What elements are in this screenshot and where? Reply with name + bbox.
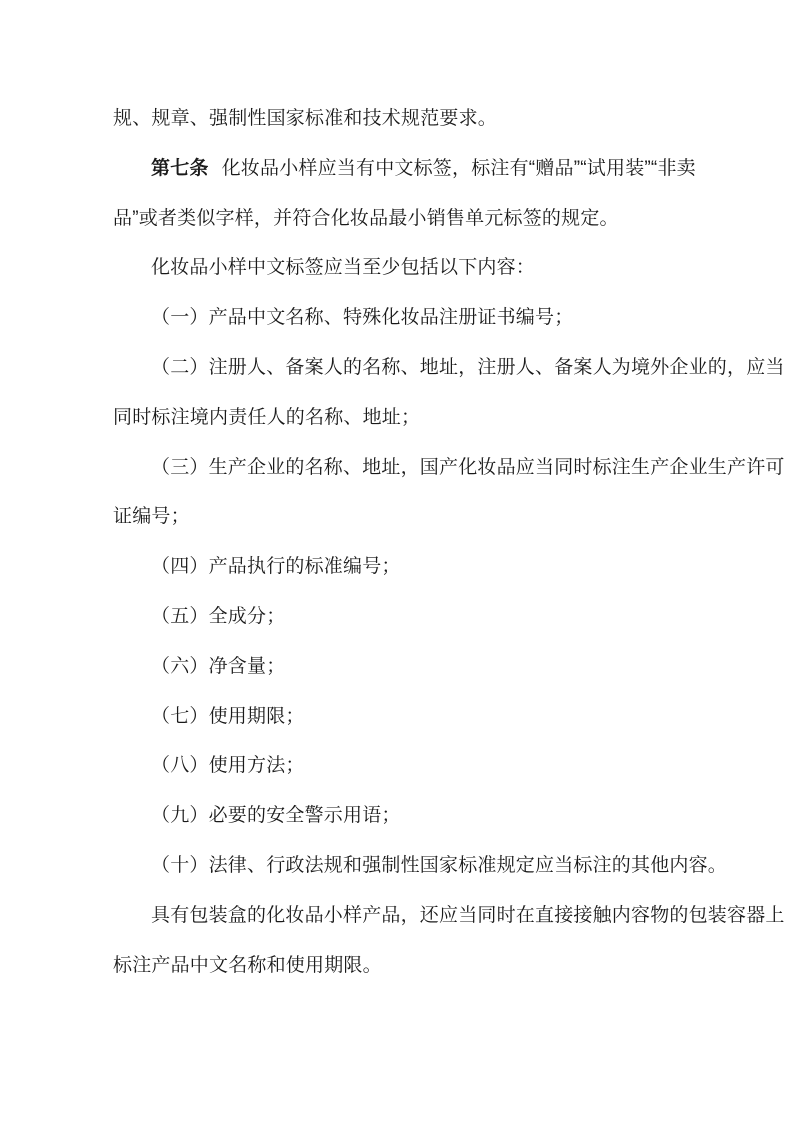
text-line: 同时标注境内责任人的名称、地址； bbox=[113, 393, 683, 443]
text-line-article-7: 第七条化妆品小样应当有中文标签，标注有“赠品”“试用装”“非卖 bbox=[113, 144, 683, 194]
text-line: 品”或者类似字样，并符合化妆品最小销售单元标签的规定。 bbox=[113, 194, 683, 244]
list-item-10: （十）法律、行政法规和强制性国家标准规定应当标注的其他内容。 bbox=[113, 841, 683, 891]
article-text: 化妆品小样应当有中文标签，标注有“赠品”“试用装”“非卖 bbox=[222, 158, 696, 179]
list-item-6: （六）净含量； bbox=[113, 642, 683, 692]
list-item-9: （九）必要的安全警示用语； bbox=[113, 791, 683, 841]
list-item-5: （五）全成分； bbox=[113, 592, 683, 642]
list-item-8: （八）使用方法； bbox=[113, 741, 683, 791]
article-number-label: 第七条 bbox=[151, 158, 209, 179]
text-line: 标注产品中文名称和使用期限。 bbox=[113, 941, 683, 991]
list-item-2: （二）注册人、备案人的名称、地址，注册人、备案人为境外企业的，应当 bbox=[113, 343, 683, 393]
list-item-7: （七）使用期限； bbox=[113, 692, 683, 742]
list-item-1: （一）产品中文名称、特殊化妆品注册证书编号； bbox=[113, 293, 683, 343]
text-line: 规、规章、强制性国家标准和技术规范要求。 bbox=[113, 94, 683, 144]
text-line: 证编号； bbox=[113, 492, 683, 542]
list-item-3: （三）生产企业的名称、地址，国产化妆品应当同时标注生产企业生产许可 bbox=[113, 443, 683, 493]
text-line: 具有包装盒的化妆品小样产品，还应当同时在直接接触内容物的包装容器上 bbox=[113, 891, 683, 941]
text-line: 化妆品小样中文标签应当至少包括以下内容： bbox=[113, 243, 683, 293]
document-text-block: 规、规章、强制性国家标准和技术规范要求。 第七条化妆品小样应当有中文标签，标注有… bbox=[113, 94, 683, 990]
list-item-4: （四）产品执行的标准编号； bbox=[113, 542, 683, 592]
document-page: 规、规章、强制性国家标准和技术规范要求。 第七条化妆品小样应当有中文标签，标注有… bbox=[0, 0, 793, 1122]
